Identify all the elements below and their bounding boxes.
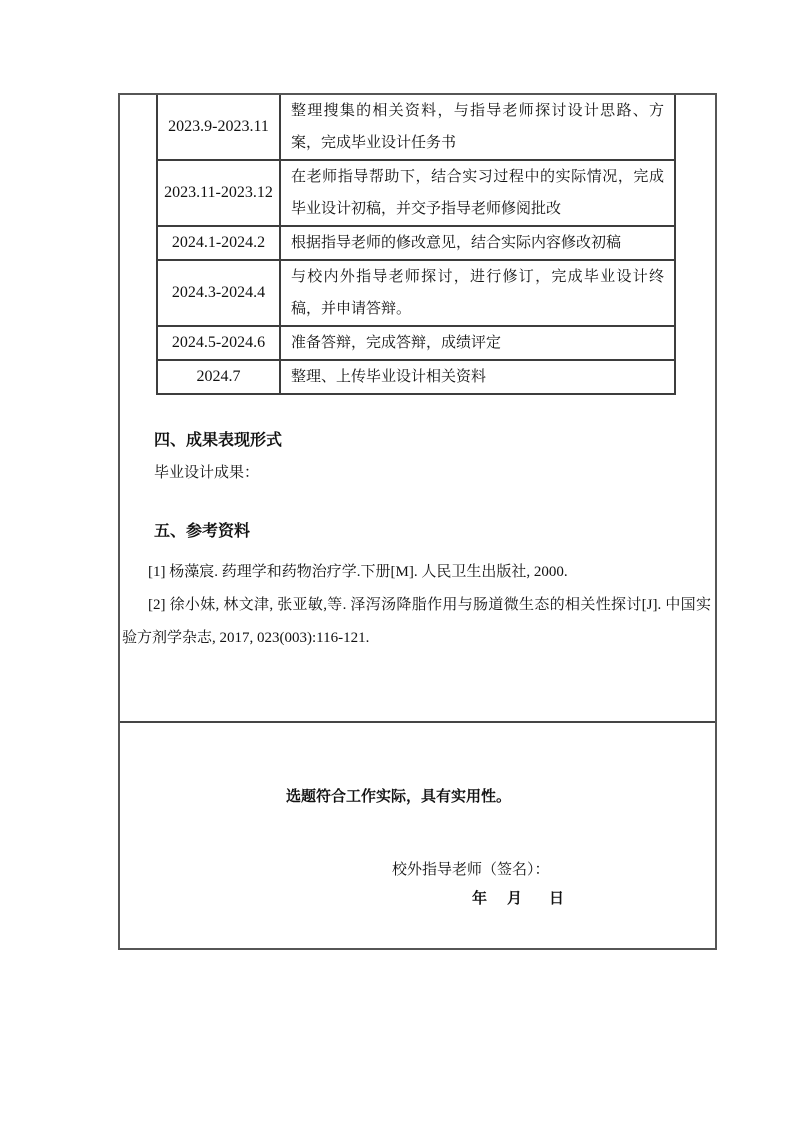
table-row: 2023.9-2023.11 整理搜集的相关资料，与指导老师探讨设计思路、方案，…: [157, 95, 675, 160]
period-cell: 2024.1-2024.2: [157, 226, 280, 260]
reference-item: [1] 杨藻宸. 药理学和药物治疗学.下册[M]. 人民卫生出版社, 2000.: [122, 556, 711, 589]
task-cell: 根据指导老师的修改意见，结合实际内容修改初稿: [280, 226, 675, 260]
task-cell: 准备答辩，完成答辩，成绩评定: [280, 326, 675, 360]
evaluation-cell: 选题符合工作实际，具有实用性。 校外指导老师（签名）： 年月日: [120, 787, 715, 909]
section-heading-results: 四、成果表现形式: [154, 432, 715, 450]
period-cell: 2023.9-2023.11: [157, 95, 280, 160]
table-row: 2024.3-2024.4 与校内外指导老师探讨，进行修订，完成毕业设计终稿，并…: [157, 260, 675, 326]
period-cell: 2023.11-2023.12: [157, 160, 280, 226]
task-cell: 与校内外指导老师探讨，进行修订，完成毕业设计终稿，并申请答辩。: [280, 260, 675, 326]
evaluation-comment: 选题符合工作实际，具有实用性。: [286, 787, 715, 807]
table-row: 2023.11-2023.12 在老师指导帮助下，结合实习过程中的实际情况，完成…: [157, 160, 675, 226]
period-cell: 2024.5-2024.6: [157, 326, 280, 360]
table-row: 2024.1-2024.2 根据指导老师的修改意见，结合实际内容修改初稿: [157, 226, 675, 260]
day-label: 日: [549, 890, 564, 907]
period-cell: 2024.3-2024.4: [157, 260, 280, 326]
signature-label: 校外指导老师（签名）：: [392, 860, 715, 880]
document-page: 2023.9-2023.11 整理搜集的相关资料，与指导老师探讨设计思路、方案，…: [0, 0, 793, 1122]
references-list: [1] 杨藻宸. 药理学和药物治疗学.下册[M]. 人民卫生出版社, 2000.…: [122, 556, 711, 655]
month-label: 月: [507, 890, 522, 907]
year-label: 年: [472, 890, 487, 907]
table-row: 2024.5-2024.6 准备答辩，完成答辩，成绩评定: [157, 326, 675, 360]
reference-item: [2] 徐小妹, 林文津, 张亚敏,等. 泽泻汤降脂作用与肠道微生态的相关性探讨…: [122, 589, 711, 655]
section-heading-references: 五、参考资料: [154, 523, 715, 541]
results-label: 毕业设计成果：: [154, 464, 715, 482]
form-main-cell: 2023.9-2023.11 整理搜集的相关资料，与指导老师探讨设计思路、方案，…: [120, 95, 715, 723]
table-row: 2024.7 整理、上传毕业设计相关资料: [157, 360, 675, 394]
date-line: 年月日: [472, 889, 715, 909]
task-cell: 在老师指导帮助下，结合实习过程中的实际情况，完成毕业设计初稿，并交予指导老师修阅…: [280, 160, 675, 226]
period-cell: 2024.7: [157, 360, 280, 394]
form-outer-border: 2023.9-2023.11 整理搜集的相关资料，与指导老师探讨设计思路、方案，…: [118, 93, 717, 950]
task-cell: 整理搜集的相关资料，与指导老师探讨设计思路、方案，完成毕业设计任务书: [280, 95, 675, 160]
schedule-table: 2023.9-2023.11 整理搜集的相关资料，与指导老师探讨设计思路、方案，…: [156, 95, 676, 395]
task-cell: 整理、上传毕业设计相关资料: [280, 360, 675, 394]
